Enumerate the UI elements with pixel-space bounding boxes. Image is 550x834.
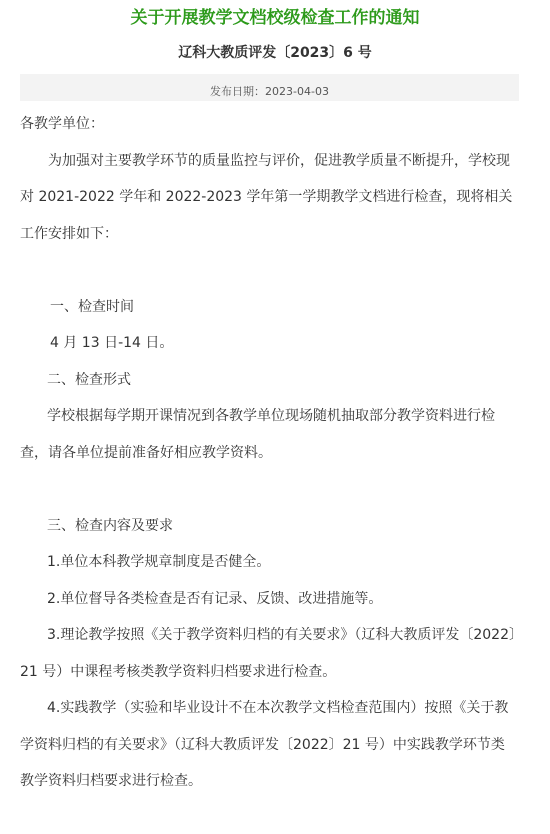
intro-paragraph-line: 工作安排如下： bbox=[20, 216, 520, 253]
salutation: 各教学单位： bbox=[20, 106, 520, 143]
list-item: 1.单位本科教学规章制度是否健全。 bbox=[20, 544, 520, 581]
section-heading-content: 三、检查内容及要求 bbox=[20, 508, 520, 545]
blank-line bbox=[20, 471, 520, 508]
publish-date-bar: 发布日期：2023-04-03 bbox=[20, 74, 519, 101]
publish-date: 发布日期：2023-04-03 bbox=[210, 85, 329, 98]
section-heading-time: 一、检查时间 bbox=[20, 289, 520, 326]
notice-body: 各教学单位： 为加强对主要教学环节的质量监控与评价，促进教学质量不断提升，学校现… bbox=[20, 106, 520, 800]
list-item: 21 号）中课程考核类教学资料归档要求进行检查。 bbox=[20, 654, 520, 691]
document-number: 辽科大教质评发〔2023〕6 号 bbox=[0, 43, 550, 63]
page-title: 关于开展教学文档校级检查工作的通知 bbox=[0, 6, 550, 30]
section-text-time: 4 月 13 日-14 日。 bbox=[20, 325, 520, 362]
list-item: 教学资料归档要求进行检查。 bbox=[20, 763, 520, 800]
intro-paragraph-line: 为加强对主要教学环节的质量监控与评价，促进教学质量不断提升，学校现 bbox=[20, 143, 520, 180]
list-item: 4.实践教学（实验和毕业设计不在本次教学文档检查范围内）按照《关于教 bbox=[20, 690, 520, 727]
list-item: 2.单位督导各类检查是否有记录、反馈、改进措施等。 bbox=[20, 581, 520, 618]
list-item: 3.理论教学按照《关于教学资料归档的有关要求》（辽科大教质评发〔2022〕 bbox=[20, 617, 520, 654]
blank-line bbox=[20, 252, 520, 289]
section-heading-form: 二、检查形式 bbox=[20, 362, 520, 399]
section-text-form: 查，请各单位提前准备好相应教学资料。 bbox=[20, 435, 520, 472]
intro-paragraph-line: 对 2021-2022 学年和 2022-2023 学年第一学期教学文档进行检查… bbox=[20, 179, 520, 216]
list-item: 学资料归档的有关要求》（辽科大教质评发〔2022〕21 号）中实践教学环节类 bbox=[20, 727, 520, 764]
section-text-form: 学校根据每学期开课情况到各教学单位现场随机抽取部分教学资料进行检 bbox=[20, 398, 520, 435]
